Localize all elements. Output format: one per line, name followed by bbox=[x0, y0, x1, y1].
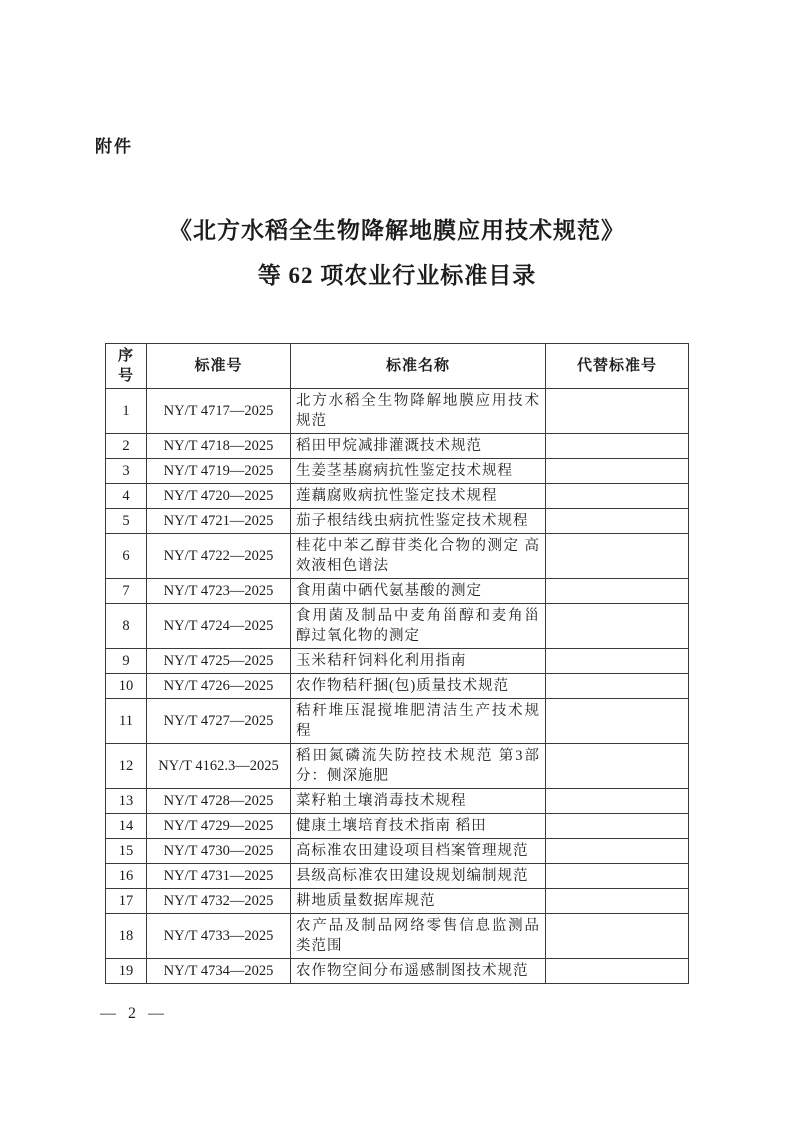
row-replaced-no bbox=[546, 839, 689, 864]
row-seq-no: 13 bbox=[106, 789, 147, 814]
row-standard-name: 北方水稻全生物降解地膜应用技术规范 bbox=[291, 389, 546, 434]
row-standard-no: NY/T 4725—2025 bbox=[147, 649, 291, 674]
row-replaced-no bbox=[546, 534, 689, 579]
row-seq-no: 15 bbox=[106, 839, 147, 864]
row-standard-name: 稻田氮磷流失防控技术规范 第3部分：侧深施肥 bbox=[291, 744, 546, 789]
row-replaced-no bbox=[546, 814, 689, 839]
standards-table: 序号 标准号 标准名称 代替标准号 1 NY/T 4717—2025 北方水稻全… bbox=[105, 343, 689, 984]
row-seq-no: 5 bbox=[106, 509, 147, 534]
row-standard-no: NY/T 4734—2025 bbox=[147, 959, 291, 984]
document-title: 《北方水稻全生物降解地膜应用技术规范》 等 62 项农业行业标准目录 bbox=[0, 208, 794, 298]
row-replaced-no bbox=[546, 604, 689, 649]
row-seq-no: 12 bbox=[106, 744, 147, 789]
header-replaced-no: 代替标准号 bbox=[546, 344, 689, 389]
row-standard-no: NY/T 4727—2025 bbox=[147, 699, 291, 744]
row-replaced-no bbox=[546, 914, 689, 959]
row-standard-no: NY/T 4719—2025 bbox=[147, 459, 291, 484]
row-standard-name: 健康土壤培育技术指南 稻田 bbox=[291, 814, 546, 839]
row-standard-no: NY/T 4717—2025 bbox=[147, 389, 291, 434]
row-standard-name: 耕地质量数据库规范 bbox=[291, 889, 546, 914]
page-number: — 2 — bbox=[100, 1005, 168, 1023]
table-row: 10 NY/T 4726—2025 农作物秸秆捆(包)质量技术规范 bbox=[106, 674, 689, 699]
row-seq-no: 10 bbox=[106, 674, 147, 699]
table-header-row: 序号 标准号 标准名称 代替标准号 bbox=[106, 344, 689, 389]
row-standard-no: NY/T 4721—2025 bbox=[147, 509, 291, 534]
table-row: 11 NY/T 4727—2025 秸秆堆压混搅堆肥清洁生产技术规程 bbox=[106, 699, 689, 744]
row-standard-no: NY/T 4730—2025 bbox=[147, 839, 291, 864]
row-replaced-no bbox=[546, 789, 689, 814]
row-replaced-no bbox=[546, 699, 689, 744]
row-seq-no: 16 bbox=[106, 864, 147, 889]
row-standard-no: NY/T 4720—2025 bbox=[147, 484, 291, 509]
row-replaced-no bbox=[546, 484, 689, 509]
table-row: 16 NY/T 4731—2025 县级高标准农田建设规划编制规范 bbox=[106, 864, 689, 889]
row-standard-no: NY/T 4731—2025 bbox=[147, 864, 291, 889]
row-seq-no: 11 bbox=[106, 699, 147, 744]
row-seq-no: 7 bbox=[106, 579, 147, 604]
row-seq-no: 9 bbox=[106, 649, 147, 674]
table-row: 1 NY/T 4717—2025 北方水稻全生物降解地膜应用技术规范 bbox=[106, 389, 689, 434]
row-standard-name: 菜籽粕土壤消毒技术规程 bbox=[291, 789, 546, 814]
row-replaced-no bbox=[546, 889, 689, 914]
row-standard-name: 县级高标准农田建设规划编制规范 bbox=[291, 864, 546, 889]
header-standard-no: 标准号 bbox=[147, 344, 291, 389]
row-standard-name: 生姜茎基腐病抗性鉴定技术规程 bbox=[291, 459, 546, 484]
row-standard-name: 茄子根结线虫病抗性鉴定技术规程 bbox=[291, 509, 546, 534]
row-standard-no: NY/T 4162.3—2025 bbox=[147, 744, 291, 789]
row-standard-name: 桂花中苯乙醇苷类化合物的测定 高效液相色谱法 bbox=[291, 534, 546, 579]
row-standard-name: 秸秆堆压混搅堆肥清洁生产技术规程 bbox=[291, 699, 546, 744]
table-row: 14 NY/T 4729—2025 健康土壤培育技术指南 稻田 bbox=[106, 814, 689, 839]
table-row: 4 NY/T 4720—2025 莲藕腐败病抗性鉴定技术规程 bbox=[106, 484, 689, 509]
row-replaced-no bbox=[546, 509, 689, 534]
row-standard-name: 食用菌中硒代氨基酸的测定 bbox=[291, 579, 546, 604]
row-replaced-no bbox=[546, 459, 689, 484]
row-replaced-no bbox=[546, 579, 689, 604]
attachment-label: 附件 bbox=[95, 132, 133, 157]
table-row: 13 NY/T 4728—2025 菜籽粕土壤消毒技术规程 bbox=[106, 789, 689, 814]
row-seq-no: 18 bbox=[106, 914, 147, 959]
row-seq-no: 8 bbox=[106, 604, 147, 649]
row-standard-no: NY/T 4722—2025 bbox=[147, 534, 291, 579]
row-replaced-no bbox=[546, 959, 689, 984]
row-standard-no: NY/T 4729—2025 bbox=[147, 814, 291, 839]
row-standard-name: 食用菌及制品中麦角甾醇和麦角甾醇过氧化物的测定 bbox=[291, 604, 546, 649]
table-row: 12 NY/T 4162.3—2025 稻田氮磷流失防控技术规范 第3部分：侧深… bbox=[106, 744, 689, 789]
row-standard-name: 莲藕腐败病抗性鉴定技术规程 bbox=[291, 484, 546, 509]
row-standard-no: NY/T 4724—2025 bbox=[147, 604, 291, 649]
row-seq-no: 4 bbox=[106, 484, 147, 509]
row-standard-name: 农作物空间分布遥感制图技术规范 bbox=[291, 959, 546, 984]
row-standard-no: NY/T 4728—2025 bbox=[147, 789, 291, 814]
row-standard-no: NY/T 4726—2025 bbox=[147, 674, 291, 699]
row-seq-no: 2 bbox=[106, 434, 147, 459]
table-row: 5 NY/T 4721—2025 茄子根结线虫病抗性鉴定技术规程 bbox=[106, 509, 689, 534]
row-standard-no: NY/T 4732—2025 bbox=[147, 889, 291, 914]
row-standard-no: NY/T 4718—2025 bbox=[147, 434, 291, 459]
row-seq-no: 3 bbox=[106, 459, 147, 484]
table-row: 8 NY/T 4724—2025 食用菌及制品中麦角甾醇和麦角甾醇过氧化物的测定 bbox=[106, 604, 689, 649]
title-line-1: 《北方水稻全生物降解地膜应用技术规范》 bbox=[0, 208, 794, 253]
row-seq-no: 14 bbox=[106, 814, 147, 839]
row-replaced-no bbox=[546, 744, 689, 789]
row-standard-name: 高标准农田建设项目档案管理规范 bbox=[291, 839, 546, 864]
table-row: 2 NY/T 4718—2025 稻田甲烷减排灌溉技术规范 bbox=[106, 434, 689, 459]
row-standard-name: 稻田甲烷减排灌溉技术规范 bbox=[291, 434, 546, 459]
table-row: 7 NY/T 4723—2025 食用菌中硒代氨基酸的测定 bbox=[106, 579, 689, 604]
row-standard-name: 农产品及制品网络零售信息监测品类范围 bbox=[291, 914, 546, 959]
row-standard-no: NY/T 4723—2025 bbox=[147, 579, 291, 604]
table-row: 19 NY/T 4734—2025 农作物空间分布遥感制图技术规范 bbox=[106, 959, 689, 984]
document-page: 附件 《北方水稻全生物降解地膜应用技术规范》 等 62 项农业行业标准目录 序号… bbox=[0, 0, 794, 1123]
table-row: 9 NY/T 4725—2025 玉米秸秆饲料化利用指南 bbox=[106, 649, 689, 674]
row-replaced-no bbox=[546, 389, 689, 434]
row-seq-no: 17 bbox=[106, 889, 147, 914]
row-replaced-no bbox=[546, 674, 689, 699]
row-standard-no: NY/T 4733—2025 bbox=[147, 914, 291, 959]
row-seq-no: 6 bbox=[106, 534, 147, 579]
row-standard-name: 玉米秸秆饲料化利用指南 bbox=[291, 649, 546, 674]
table-row: 18 NY/T 4733—2025 农产品及制品网络零售信息监测品类范围 bbox=[106, 914, 689, 959]
row-replaced-no bbox=[546, 864, 689, 889]
table-row: 3 NY/T 4719—2025 生姜茎基腐病抗性鉴定技术规程 bbox=[106, 459, 689, 484]
row-standard-name: 农作物秸秆捆(包)质量技术规范 bbox=[291, 674, 546, 699]
table-row: 15 NY/T 4730—2025 高标准农田建设项目档案管理规范 bbox=[106, 839, 689, 864]
row-seq-no: 19 bbox=[106, 959, 147, 984]
header-standard-name: 标准名称 bbox=[291, 344, 546, 389]
title-line-2: 等 62 项农业行业标准目录 bbox=[0, 253, 794, 298]
row-replaced-no bbox=[546, 649, 689, 674]
header-seq-no: 序号 bbox=[106, 344, 147, 389]
row-seq-no: 1 bbox=[106, 389, 147, 434]
row-replaced-no bbox=[546, 434, 689, 459]
table-row: 17 NY/T 4732—2025 耕地质量数据库规范 bbox=[106, 889, 689, 914]
table-row: 6 NY/T 4722—2025 桂花中苯乙醇苷类化合物的测定 高效液相色谱法 bbox=[106, 534, 689, 579]
